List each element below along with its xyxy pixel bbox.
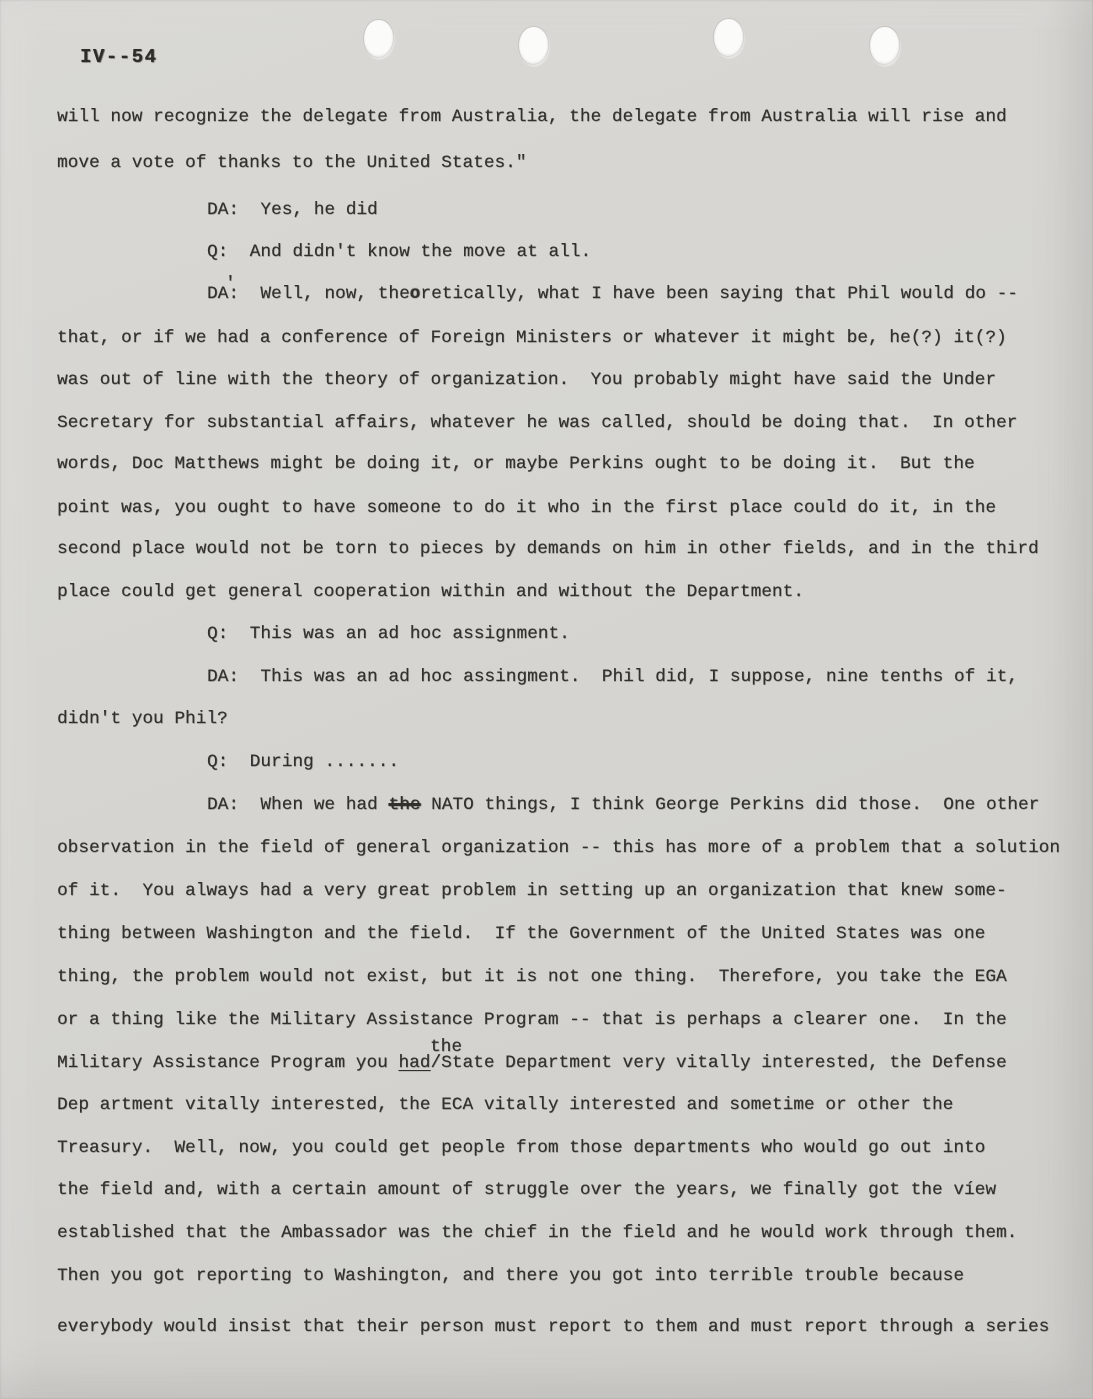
transcript-line: Treasury. Well, now, you could get peopl… xyxy=(57,1137,985,1159)
punch-hole xyxy=(714,19,743,56)
transcript-line: DA:' Well, now, theoretically, what I ha… xyxy=(207,283,1018,305)
transcript-line: point was, you ought to have someone to … xyxy=(57,497,996,519)
transcript-line: of it. You always had a very great probl… xyxy=(57,880,1007,902)
transcript-line: the field and, with a certain amount of … xyxy=(57,1179,996,1201)
transcript-line: Military Assistance Program you had/Stat… xyxy=(57,1052,1007,1074)
transcript-line: DA: When we had the NATO things, I think… xyxy=(207,794,1039,816)
transcript-line: Secretary for substantial affairs, whate… xyxy=(57,412,1017,434)
transcript-line: or a thing like the Military Assistance … xyxy=(57,1009,1007,1031)
punch-hole xyxy=(870,27,899,64)
document-page: IV--54 will now recognize the delegate f… xyxy=(0,0,1093,1399)
transcript-line: was out of line with the theory of organ… xyxy=(57,369,996,391)
transcript-line: move a vote of thanks to the United Stat… xyxy=(57,152,527,174)
transcript-line: words, Doc Matthews might be doing it, o… xyxy=(57,453,975,475)
punch-hole xyxy=(519,27,548,64)
transcript-line: DA: Yes, he did xyxy=(207,199,378,221)
transcript-line: Q: This was an ad hoc assignment. xyxy=(207,623,570,645)
transcript-line: will now recognize the delegate from Aus… xyxy=(57,106,1007,128)
page-number: IV--54 xyxy=(80,46,157,68)
transcript-line: everybody would insist that their person… xyxy=(57,1316,1049,1338)
transcript-line: that, or if we had a conference of Forei… xyxy=(57,327,1007,349)
transcript-line: Then you got reporting to Washington, an… xyxy=(57,1265,964,1287)
transcript-line: thing between Washington and the field. … xyxy=(57,923,985,945)
punch-hole xyxy=(364,20,393,57)
transcript-line: thing, the problem would not exist, but … xyxy=(57,966,1007,988)
transcript-line: observation in the field of general orga… xyxy=(57,837,1060,859)
transcript-line: second place would not be torn to pieces… xyxy=(57,538,1039,560)
transcript-line: established that the Ambassador was the … xyxy=(57,1222,1017,1244)
transcript-line: place could get general cooperation with… xyxy=(57,581,804,603)
transcript-line: DA: This was an ad hoc assingment. Phil … xyxy=(207,666,1018,688)
transcript-line: didn't you Phil? xyxy=(57,708,228,730)
transcript-line: Dep artment vitally interested, the ECA … xyxy=(57,1094,953,1116)
transcript-line: Q: And didn't know the move at all. xyxy=(207,241,591,263)
transcript-line: Q: During ....... xyxy=(207,751,399,773)
